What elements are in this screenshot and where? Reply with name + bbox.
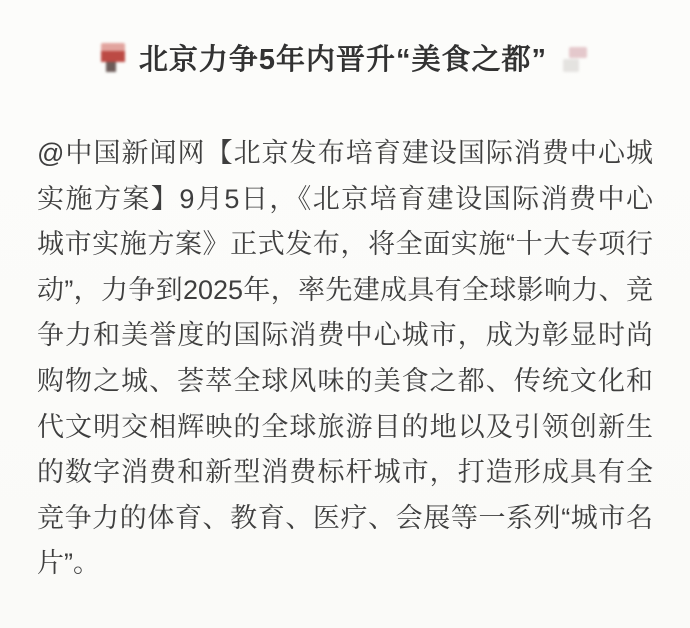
article-line: 动”，力争到2025年，率先建成具有全球影响力、竞 [37, 268, 653, 314]
article-line: 实施方案】9月5日，《北京培育建设国际消费中心 [37, 177, 653, 223]
article-line: 竞争力的体育、教育、医疗、会展等一系列“城市名 [37, 496, 653, 542]
post-title-row: 北京力争5年内晋升“美食之都” [0, 34, 690, 80]
post-title: 北京力争5年内晋升“美食之都” [139, 37, 547, 78]
article-line: 片”。 [37, 541, 653, 587]
article-body: @中国新闻网【北京发布培育建设国际消费中心城市 实施方案】9月5日，《北京培育建… [37, 131, 653, 587]
article-line: 城市实施方案》正式发布，将全面实施“十大专项行 [37, 222, 653, 268]
article-line: 代文明交相辉映的全球旅游目的地以及引领创新生态 [37, 405, 653, 451]
article-line: 购物之城、荟萃全球风味的美食之都、传统文化和现 [37, 359, 653, 405]
article-line: @中国新闻网【北京发布培育建设国际消费中心城市 [37, 131, 653, 177]
article-line: 的数字消费和新型消费标杆城市，打造形成具有全球 [37, 450, 653, 496]
faded-stamp-icon [559, 45, 589, 83]
article-line: 争力和美誉度的国际消费中心城市，成为彰显时尚的 [37, 313, 653, 359]
news-post-image: 北京力争5年内晋升“美食之都” @中国新闻网【北京发布培育建设国际消费中心城市 … [0, 0, 690, 628]
red-flag-icon [101, 43, 127, 75]
